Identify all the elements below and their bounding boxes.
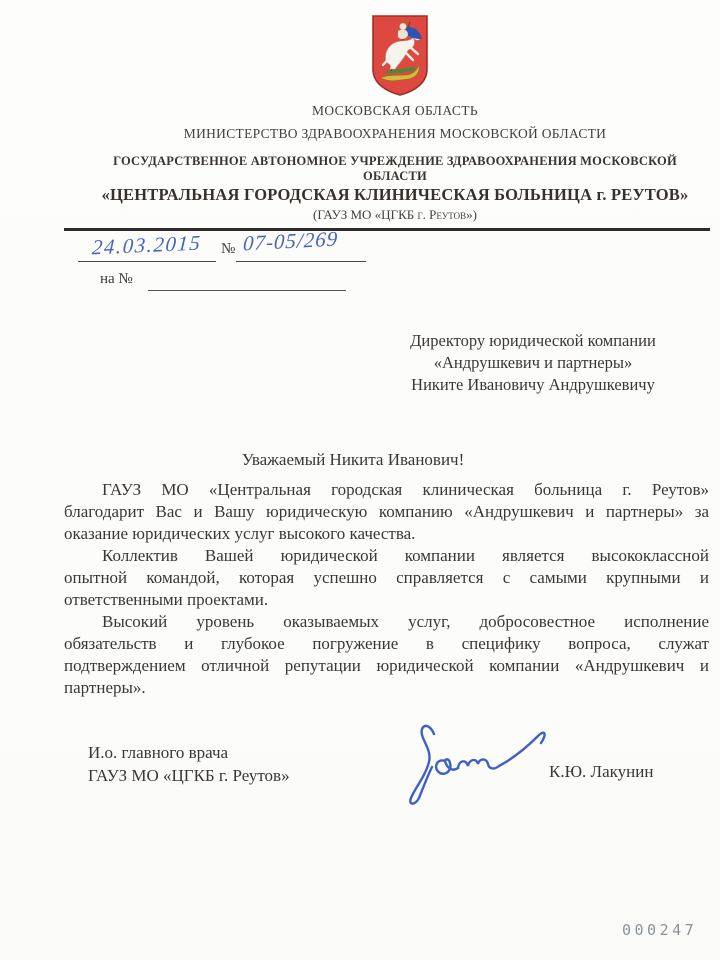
scanned-letter-page: МОСКОВСКАЯ ОБЛАСТЬ МИНИСТЕРСТВО ЗДРАВООХ… <box>0 0 720 960</box>
signer-position-block: И.о. главного врача ГАУЗ МО «ЦГКБ г. Реу… <box>88 741 290 787</box>
reply-to-number-label: на № <box>100 271 133 288</box>
body-line: партнеры». <box>64 677 709 699</box>
letter-body: ГАУЗ МО «Центральная городская клиническ… <box>64 479 709 699</box>
number-sign-label: № <box>221 241 235 258</box>
signer-position-line: ГАУЗ МО «ЦГКБ г. Реутов» <box>88 764 290 787</box>
organization-type-line: ГОСУДАРСТВЕННОЕ АВТОНОМНОЕ УЧРЕЖДЕНИЕ ЗД… <box>80 154 710 184</box>
body-line: благодарит Вас и Вашу юридическую компан… <box>64 501 709 523</box>
sheet-number-stamp: 000247 <box>622 921 697 939</box>
organization-shortname-line: (ГАУЗ МО «ЦГКБ г. Реутов») <box>80 207 710 223</box>
body-line: подтверждением отличной репутации юридич… <box>64 655 709 677</box>
body-line: ответственными проектами. <box>64 589 709 611</box>
signer-name: К.Ю. Лакунин <box>549 762 653 782</box>
outgoing-number-handwritten: 07-05/269 <box>242 226 339 256</box>
organization-name-line: «ЦЕНТРАЛЬНАЯ ГОРОДСКАЯ КЛИНИЧЕСКАЯ БОЛЬН… <box>80 185 710 205</box>
date-underline <box>78 261 216 262</box>
addressee-line: «Андрушкевич и партнеры» <box>388 352 678 374</box>
body-line: Коллектив Вашей юридической компании явл… <box>64 545 709 567</box>
addressee-line: Директору юридической компании <box>388 330 678 352</box>
addressee-block: Директору юридической компании «Андрушке… <box>388 330 678 396</box>
region-line: МОСКОВСКАЯ ОБЛАСТЬ <box>80 103 710 119</box>
letterhead-divider-rule <box>64 228 710 231</box>
body-line: обязательств и глубокое погружение в спе… <box>64 633 709 655</box>
body-line: ГАУЗ МО «Центральная городская клиническ… <box>64 479 709 501</box>
body-line: опытной командой, которая успешно справл… <box>64 567 709 589</box>
body-line: Высокий уровень оказываемых услуг, добро… <box>64 611 709 633</box>
number-underline <box>236 261 366 262</box>
body-line: оказание юридических услуг высокого каче… <box>64 523 709 545</box>
ministry-line: МИНИСТЕРСТВО ЗДРАВООХРАНЕНИЯ МОСКОВСКОЙ … <box>80 126 710 142</box>
outgoing-date-handwritten: 24.03.2015 <box>91 231 202 261</box>
handwritten-signature-icon <box>392 714 562 814</box>
addressee-line: Никите Ивановичу Андрушкевичу <box>388 374 678 396</box>
moscow-oblast-coat-of-arms-icon <box>370 13 430 97</box>
salutation-line: Уважаемый Никита Иванович! <box>0 450 706 470</box>
reply-number-underline <box>148 290 346 291</box>
letterhead: МОСКОВСКАЯ ОБЛАСТЬ МИНИСТЕРСТВО ЗДРАВООХ… <box>80 103 710 223</box>
signer-position-line: И.о. главного врача <box>88 741 290 764</box>
